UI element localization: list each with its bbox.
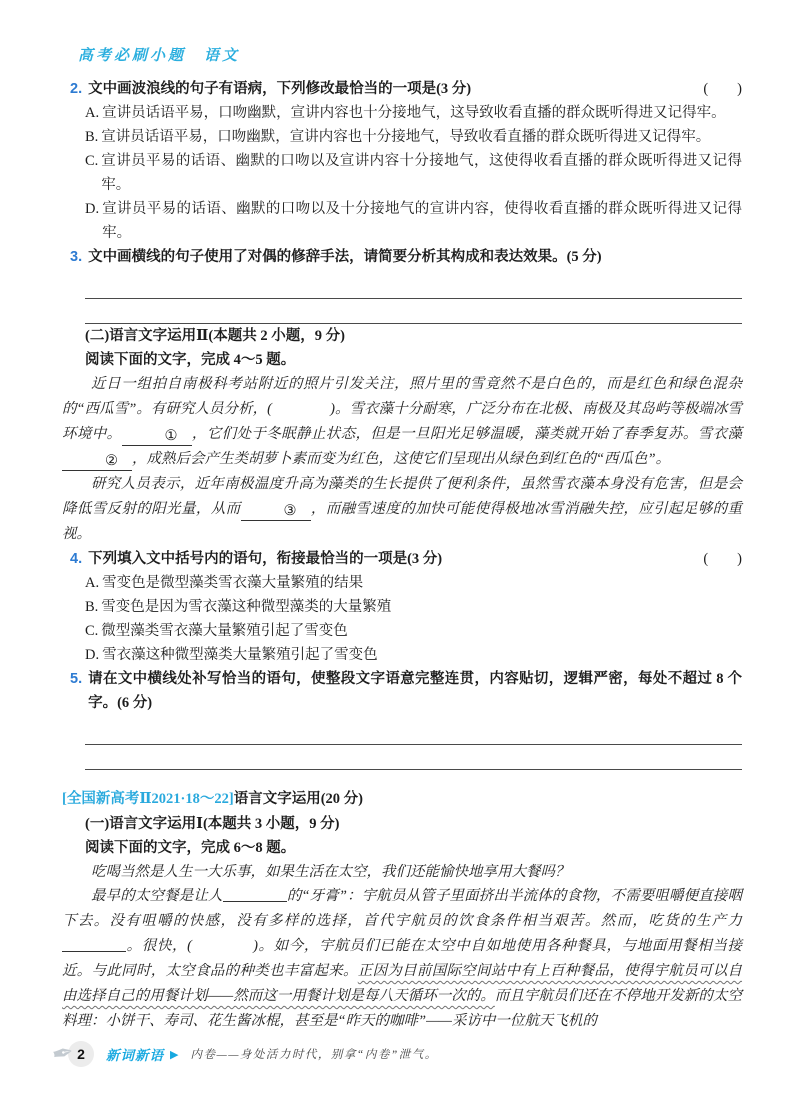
answer-line	[85, 745, 742, 770]
exam-page: 高考必刷小题 语文 2. 文中画波浪线的句子有语病，下列修改最恰当的一项是(3 …	[0, 0, 790, 1101]
quill-pen-icon: ✒	[43, 1034, 83, 1074]
question-4-option-c: C. 微型藻类雪衣藻大量繁殖引起了雪变色	[85, 619, 742, 643]
question-2-option-a: A. 宣讲员话语平易，口吻幽默，宣讲内容也十分接地气，这导致收看直播的群众既听得…	[85, 101, 742, 125]
question-2-option-b: B. 宣讲员话语平易，口吻幽默，宣讲内容也十分接地气，导致收看直播的群众既听得进…	[85, 125, 742, 149]
fill-blank-2: ②	[62, 453, 132, 471]
passage-snow-algae-1: 近日一组拍自南极科考站附近的照片引发关注，照片里的雪竟然不是白色的，而是红色和绿…	[62, 372, 742, 472]
option-label: D.	[85, 197, 102, 245]
option-text: 宣讲员平易的话语、幽默的口吻以及十分接地气的宣讲内容，使得收看直播的群众既听得进…	[102, 197, 742, 245]
section-2-title: (二)语言文字运用Ⅱ(本题共 2 小题，9 分)	[85, 324, 742, 348]
page-content: 高考必刷小题 语文 2. 文中画波浪线的句子有语病，下列修改最恰当的一项是(3 …	[62, 44, 742, 1034]
page-footer: ✒ 2 新词新语 ▶ 内卷——身处活力时代，别拿“内卷”泄气。	[46, 1037, 438, 1071]
option-text: 宣讲员话语平易，口吻幽默，宣讲内容也十分接地气，这导致收看直播的群众既听得进又记…	[102, 101, 742, 125]
option-label: B.	[85, 125, 101, 149]
question-2: 2. 文中画波浪线的句子有语病，下列修改最恰当的一项是(3 分) ( ) A. …	[62, 77, 742, 245]
exam-section-title: 语言文字运用(20 分)	[234, 791, 363, 807]
passage-text: 最早的太空餐是让人	[91, 888, 223, 904]
question-4-stem-row: 4. 下列填入文中括号内的语句，衔接最恰当的一项是(3 分) ( )	[62, 547, 742, 571]
question-5-stem: 请在文中横线处补写恰当的语句，使整段文字语意完整连贯，内容贴切，逻辑严密，每处不…	[88, 667, 742, 715]
footer-note: 内卷——身处活力时代，别拿“内卷”泄气。	[190, 1046, 437, 1062]
option-label: D.	[85, 643, 102, 667]
question-4-number: 4.	[70, 547, 88, 571]
option-label: B.	[85, 595, 101, 619]
question-4-option-a: A. 雪变色是微型藻类雪衣藻大量繁殖的结果	[85, 571, 742, 595]
fill-blank-3: ③	[241, 503, 311, 521]
exam-source-tag: [全国新高考Ⅱ2021·18～22]	[62, 791, 234, 807]
question-2-stem: 文中画波浪线的句子有语病，下列修改最恰当的一项是(3 分)	[88, 77, 693, 101]
question-2-stem-row: 2. 文中画波浪线的句子有语病，下列修改最恰当的一项是(3 分) ( )	[62, 77, 742, 101]
triangle-arrow-icon: ▶	[170, 1048, 178, 1061]
footer-column-label: 新词新语	[106, 1044, 164, 1064]
passage-snow-algae-2: 研究人员表示，近年南极温度升高为藻类的生长提供了便利条件，虽然雪衣藻本身没有危害…	[62, 472, 742, 547]
option-text: 雪衣藻这种微型藻类大量繁殖引起了雪变色	[102, 643, 742, 667]
question-5: 5. 请在文中横线处补写恰当的语句，使整段文字语意完整连贯，内容贴切，逻辑严密，…	[62, 667, 742, 770]
section-1-title: (一)语言文字运用Ⅰ(本题共 3 小题，9 分)	[85, 812, 742, 836]
question-4-option-b: B. 雪变色是因为雪衣藻这种微型藻类的大量繁殖	[85, 595, 742, 619]
option-label: A.	[85, 571, 102, 595]
fill-blank-empty-1	[223, 884, 287, 902]
passage-text: ，成熟后会产生类胡萝卜素而变为红色，这使它们呈现出从绿色到红色的“西瓜色”。	[132, 451, 670, 467]
option-text: 宣讲员平易的话语、幽默的口吻以及宣讲内容十分接地气，这使得收看直播的群众既听得进…	[101, 149, 742, 197]
page-title: 高考必刷小题 语文	[78, 44, 742, 65]
answer-line	[85, 274, 742, 299]
question-2-answer-bracket: ( )	[693, 77, 742, 101]
question-4-stem: 下列填入文中括号内的语句，衔接最恰当的一项是(3 分)	[88, 547, 693, 571]
option-label: C.	[85, 149, 101, 197]
question-5-number: 5.	[70, 667, 88, 715]
passage-space-food-lead: 吃喝当然是人生一大乐事，如果生活在太空，我们还能愉快地享用大餐吗？	[62, 860, 742, 884]
question-5-stem-row: 5. 请在文中横线处补写恰当的语句，使整段文字语意完整连贯，内容贴切，逻辑严密，…	[62, 667, 742, 715]
question-2-option-d: D. 宣讲员平易的话语、幽默的口吻以及十分接地气的宣讲内容，使得收看直播的群众既…	[85, 197, 742, 245]
fill-blank-empty-2	[62, 934, 126, 952]
section-2-intro: 阅读下面的文字，完成 4～5 题。	[85, 348, 742, 372]
option-text: 雪变色是微型藻类雪衣藻大量繁殖的结果	[102, 571, 742, 595]
passage-text: ，它们处于冬眠静止状态，但是一旦阳光足够温暖，藻类就开始了春季复苏。雪衣藻	[192, 426, 743, 442]
fill-blank-1: ①	[122, 428, 192, 446]
answer-line	[85, 720, 742, 745]
option-label: A.	[85, 101, 102, 125]
question-2-option-c: C. 宣讲员平易的话语、幽默的口吻以及宣讲内容十分接地气，这使得收看直播的群众既…	[85, 149, 742, 197]
question-4-answer-bracket: ( )	[693, 547, 742, 571]
question-3-stem-row: 3. 文中画横线的句子使用了对偶的修辞手法，请简要分析其构成和表达效果。(5 分…	[62, 245, 742, 269]
section-1-intro: 阅读下面的文字，完成 6～8 题。	[85, 836, 742, 860]
option-text: 宣讲员话语平易，口吻幽默，宣讲内容也十分接地气，导致收看直播的群众既听得进又记得…	[101, 125, 742, 149]
option-text: 微型藻类雪衣藻大量繁殖引起了雪变色	[101, 619, 742, 643]
question-3-stem: 文中画横线的句子使用了对偶的修辞手法，请简要分析其构成和表达效果。(5 分)	[88, 245, 742, 269]
question-4-option-d: D. 雪衣藻这种微型藻类大量繁殖引起了雪变色	[85, 643, 742, 667]
answer-line	[85, 299, 742, 324]
passage-space-food: 最早的太空餐是让人的“牙膏”：宇航员从管子里面挤出半流体的食物，不需要咀嚼便直接…	[62, 884, 742, 1034]
question-4: 4. 下列填入文中括号内的语句，衔接最恰当的一项是(3 分) ( ) A. 雪变…	[62, 547, 742, 667]
question-3-number: 3.	[70, 245, 88, 269]
question-2-number: 2.	[70, 77, 88, 101]
option-label: C.	[85, 619, 101, 643]
national-exam-heading: [全国新高考Ⅱ2021·18～22]语言文字运用(20 分)	[62, 786, 742, 812]
option-text: 雪变色是因为雪衣藻这种微型藻类的大量繁殖	[101, 595, 742, 619]
question-3: 3. 文中画横线的句子使用了对偶的修辞手法，请简要分析其构成和表达效果。(5 分…	[62, 245, 742, 324]
